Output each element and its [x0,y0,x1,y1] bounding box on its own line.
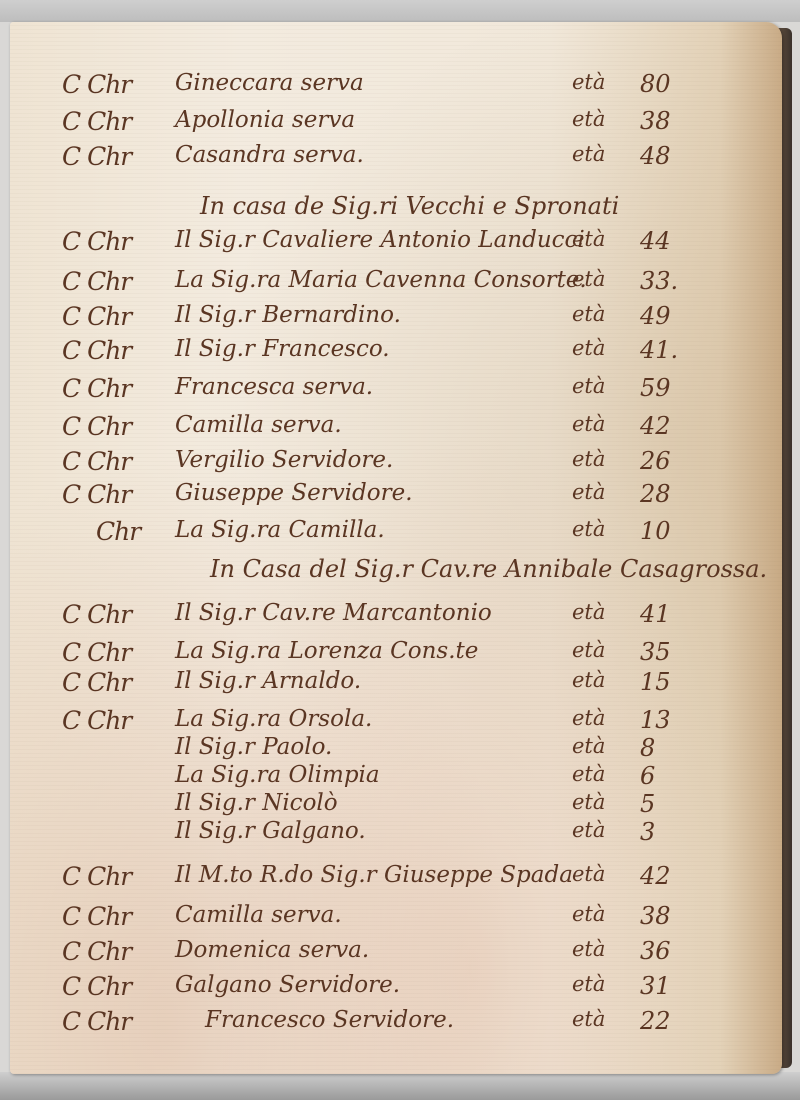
age-value: 3 [640,818,655,846]
person-name: Camilla serva. [175,902,342,928]
person-name: Francesca serva. [175,374,373,400]
age-value: 31 [640,972,671,1000]
register-entry: C Chr La Sig.ra Maria Cavenna Consorte. … [10,267,782,301]
age-value: 5 [640,790,655,818]
communion-mark: C Chr [62,1007,131,1036]
person-name: Il Sig.r Francesco. [175,336,390,362]
communion-mark: Chr [96,517,140,546]
register-entry: C Chr Camilla serva. età 42 [10,412,782,446]
register-entry: C Chr Giuseppe Servidore. età 28 [10,480,782,514]
age-label: età [572,374,605,398]
age-value: 13 [640,706,671,734]
age-value: 15 [640,668,671,696]
age-label: età [572,142,605,166]
person-name: Galgano Servidore. [175,972,400,998]
communion-mark: C Chr [62,302,131,331]
person-name: Il Sig.r Paolo. [175,734,332,760]
communion-mark: C Chr [62,600,131,629]
age-value: 10 [640,517,671,545]
age-label: età [572,336,605,360]
register-entry: C Chr Apollonia serva età 38 [10,107,782,141]
register-entry: C Chr Vergilio Servidore. età 26 [10,447,782,481]
person-name: Camilla serva. [175,412,342,438]
communion-mark: C Chr [62,668,131,697]
register-entry: Il Sig.r Galgano. età 3 [10,818,782,852]
age-label: età [572,447,605,471]
communion-mark: C Chr [62,902,131,931]
person-name: Il Sig.r Bernardino. [175,302,401,328]
age-label: età [572,762,605,786]
register-entry: C Chr Camilla serva. età 38 [10,902,782,936]
age-label: età [572,734,605,758]
person-name: Il M.to R.do Sig.r Giuseppe Spada [175,862,573,888]
communion-mark: C Chr [62,227,131,256]
age-value: 6 [640,762,655,790]
age-value: 44 [640,227,671,255]
age-label: età [572,517,605,541]
household-heading: In Casa del Sig.r Cav.re Annibale Casagr… [210,555,767,583]
communion-mark: C Chr [62,638,131,667]
communion-mark: C Chr [62,107,131,136]
person-name: La Sig.ra Maria Cavenna Consorte. [175,267,587,293]
person-name: Il Sig.r Cav.re Marcantonio [175,600,492,626]
age-label: età [572,818,605,842]
age-value: 59 [640,374,671,402]
age-label: età [572,70,605,94]
scan-background-bottom [0,1072,800,1100]
communion-mark: C Chr [62,972,131,1001]
register-entry: C Chr Galgano Servidore. età 31 [10,972,782,1006]
person-name: Giuseppe Servidore. [175,480,413,506]
person-name: Apollonia serva [175,107,355,133]
age-label: età [572,267,605,291]
age-value: 33. [640,267,678,295]
age-label: età [572,862,605,886]
register-entry: C Chr Il Sig.r Arnaldo. età 15 [10,668,782,702]
person-name: Il Sig.r Cavaliere Antonio Landucci [175,227,585,253]
age-label: età [572,937,605,961]
person-name: La Sig.ra Lorenza Cons.te [175,638,478,664]
register-entry: C Chr Il Sig.r Francesco. età 41. [10,336,782,370]
age-label: età [572,902,605,926]
age-label: età [572,790,605,814]
age-label: età [572,668,605,692]
age-value: 49 [640,302,671,330]
communion-mark: C Chr [62,480,131,509]
age-value: 38 [640,107,671,135]
register-entry: C Chr Gineccara serva età 80 [10,70,782,104]
communion-mark: C Chr [62,447,131,476]
communion-mark: C Chr [62,336,131,365]
age-value: 42 [640,412,671,440]
age-label: età [572,972,605,996]
age-label: età [572,706,605,730]
register-entry: C Chr Francesca serva. età 59 [10,374,782,408]
age-label: età [572,412,605,436]
register-entry: C Chr Il Sig.r Cav.re Marcantonio età 41 [10,600,782,634]
age-label: età [572,302,605,326]
person-name: Domenica serva. [175,937,369,963]
communion-mark: C Chr [62,412,131,441]
communion-mark: C Chr [62,937,131,966]
age-label: età [572,107,605,131]
register-entry: C Chr Francesco Servidore. età 22 [10,1007,782,1041]
scan-background-top [0,0,800,22]
register-entry: C Chr Domenica serva. età 36 [10,937,782,971]
age-value: 38 [640,902,671,930]
age-label: età [572,600,605,624]
communion-mark: C Chr [62,374,131,403]
age-value: 42 [640,862,671,890]
register-entry: C Chr Il Sig.r Bernardino. età 49 [10,302,782,336]
communion-mark: C Chr [62,706,131,735]
person-name: Casandra serva. [175,142,364,168]
person-name: Il Sig.r Arnaldo. [175,668,361,694]
age-value: 22 [640,1007,671,1035]
person-name: La Sig.ra Olimpia [175,762,380,788]
communion-mark: C Chr [62,267,131,296]
age-value: 36 [640,937,671,965]
age-value: 48 [640,142,671,170]
person-name: La Sig.ra Orsola. [175,706,372,732]
person-name: Il Sig.r Galgano. [175,818,366,844]
age-value: 26 [640,447,671,475]
person-name: Vergilio Servidore. [175,447,393,473]
age-label: età [572,227,605,251]
age-value: 80 [640,70,671,98]
person-name: Il Sig.r Nicolò [175,790,338,816]
household-heading: In casa de Sig.ri Vecchi e Spronati [200,192,619,220]
register-entry: C Chr La Sig.ra Lorenza Cons.te età 35 [10,638,782,672]
communion-mark: C Chr [62,142,131,171]
age-value: 41 [640,600,671,628]
communion-mark: C Chr [62,862,131,891]
register-entry: C Chr Il Sig.r Cavaliere Antonio Landucc… [10,227,782,261]
manuscript-page: C Chr Gineccara serva età 80 C Chr Apoll… [10,22,782,1074]
person-name: Gineccara serva [175,70,364,96]
person-name: Francesco Servidore. [205,1007,454,1033]
age-value: 35 [640,638,671,666]
age-label: età [572,480,605,504]
communion-mark: C Chr [62,70,131,99]
age-value: 8 [640,734,655,762]
age-value: 41. [640,336,678,364]
register-entry: Chr La Sig.ra Camilla. età 10 [10,517,782,551]
age-label: età [572,1007,605,1031]
age-label: età [572,638,605,662]
age-value: 28 [640,480,671,508]
register-entry: C Chr Il M.to R.do Sig.r Giuseppe Spada … [10,862,782,896]
person-name: La Sig.ra Camilla. [175,517,385,543]
register-entry: C Chr Casandra serva. età 48 [10,142,782,176]
